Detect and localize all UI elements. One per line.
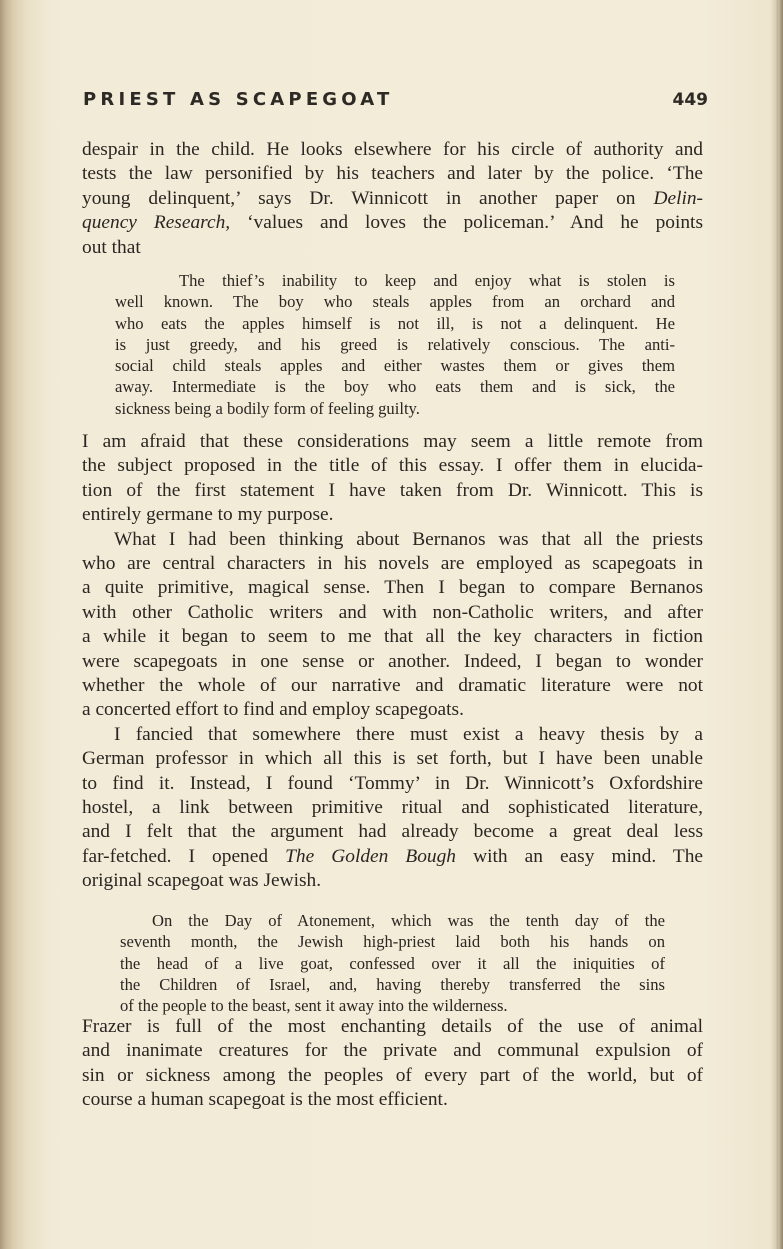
text-line: whether the whole of our narrative and d… bbox=[82, 674, 703, 698]
text-line: out that bbox=[82, 236, 703, 260]
quote-line: the head of a live goat, confessed over … bbox=[120, 953, 665, 974]
text-line: entirely germane to my purpose. bbox=[82, 503, 703, 527]
text-line: What I had been thinking about Bernanos … bbox=[82, 528, 703, 552]
italic-title: quency Research, bbox=[82, 212, 230, 233]
text-line: I am afraid that these considerations ma… bbox=[82, 430, 703, 454]
running-title: PRIEST AS SCAPEGOAT bbox=[83, 89, 394, 110]
text-line: a concerted effort to find and employ sc… bbox=[82, 698, 703, 722]
quote-line: social child steals apples and either wa… bbox=[115, 355, 675, 376]
quote-line: is just greedy, and his greed is relativ… bbox=[115, 334, 675, 355]
paragraph-5: Frazer is full of the most enchanting de… bbox=[82, 1015, 703, 1113]
block-quote-2: On the Day of Atonement, which was the t… bbox=[120, 910, 665, 1016]
text-line: original scapegoat was Jewish. bbox=[82, 869, 703, 893]
italic-title: The Golden Bough bbox=[285, 846, 456, 867]
text-line: to find it. Instead, I found ‘Tommy’ in … bbox=[82, 772, 703, 796]
text-line: a while it began to seem to me that all … bbox=[82, 625, 703, 649]
text-line: course a human scapegoat is the most eff… bbox=[82, 1088, 703, 1112]
text-line: tion of the first statement I have taken… bbox=[82, 479, 703, 503]
paragraph-2: I am afraid that these considerations ma… bbox=[82, 430, 703, 528]
text-segment: with an easy mind. The bbox=[473, 846, 703, 867]
text-line: a quite primitive, magical sense. Then I… bbox=[82, 576, 703, 600]
italic-title: Delin- bbox=[653, 188, 703, 209]
text-line: and I felt that the argument had already… bbox=[82, 820, 703, 844]
text-line: were scapegoats in one sense or another.… bbox=[82, 650, 703, 674]
text-line: German professor in which all this is se… bbox=[82, 747, 703, 771]
text-segment: far-fetched. I opened bbox=[82, 846, 268, 867]
text-segment: ‘values and loves the policeman.’ And he… bbox=[247, 212, 703, 233]
text-line: quency Research, ‘values and loves the p… bbox=[82, 211, 703, 235]
text-line: far-fetched. I opened The Golden Bough w… bbox=[82, 845, 703, 869]
text-line: I fancied that somewhere there must exis… bbox=[82, 723, 703, 747]
text-line: and inanimate creatures for the private … bbox=[82, 1039, 703, 1063]
paragraph-3: What I had been thinking about Bernanos … bbox=[82, 528, 703, 723]
quote-line: the Children of Israel, and, having ther… bbox=[120, 974, 665, 995]
text-line: despair in the child. He looks elsewhere… bbox=[82, 138, 703, 162]
quote-line: away. Intermediate is the boy who eats t… bbox=[115, 376, 675, 397]
text-line: sin or sickness among the peoples of eve… bbox=[82, 1064, 703, 1088]
text-line: the subject proposed in the title of thi… bbox=[82, 454, 703, 478]
text-segment: young delinquent,’ says Dr. Winnicott in… bbox=[82, 188, 636, 209]
text-line: hostel, a link between primitive ritual … bbox=[82, 796, 703, 820]
running-head: PRIEST AS SCAPEGOAT 449 bbox=[83, 89, 708, 110]
quote-line: who eats the apples himself is not ill, … bbox=[115, 313, 675, 334]
quote-line: sickness being a bodily form of feeling … bbox=[115, 398, 675, 419]
quote-line: well known. The boy who steals apples fr… bbox=[115, 291, 675, 312]
text-line: young delinquent,’ says Dr. Winnicott in… bbox=[82, 187, 703, 211]
text-line: who are central characters in his novels… bbox=[82, 552, 703, 576]
quote-line: seventh month, the Jewish high-priest la… bbox=[120, 931, 665, 952]
page-number: 449 bbox=[673, 90, 709, 110]
quote-line: The thief’s inability to keep and enjoy … bbox=[115, 270, 675, 291]
paragraph-4: I fancied that somewhere there must exis… bbox=[82, 723, 703, 894]
quote-line: On the Day of Atonement, which was the t… bbox=[120, 910, 665, 931]
text-line: with other Catholic writers and with non… bbox=[82, 601, 703, 625]
quote-line: of the people to the beast, sent it away… bbox=[120, 995, 665, 1016]
book-page: PRIEST AS SCAPEGOAT 449 despair in the c… bbox=[0, 0, 783, 1249]
text-line: Frazer is full of the most enchanting de… bbox=[82, 1015, 703, 1039]
text-line: tests the law personified by his teacher… bbox=[82, 162, 703, 186]
paragraph-1: despair in the child. He looks elsewhere… bbox=[82, 138, 703, 260]
block-quote-1: The thief’s inability to keep and enjoy … bbox=[115, 270, 675, 419]
